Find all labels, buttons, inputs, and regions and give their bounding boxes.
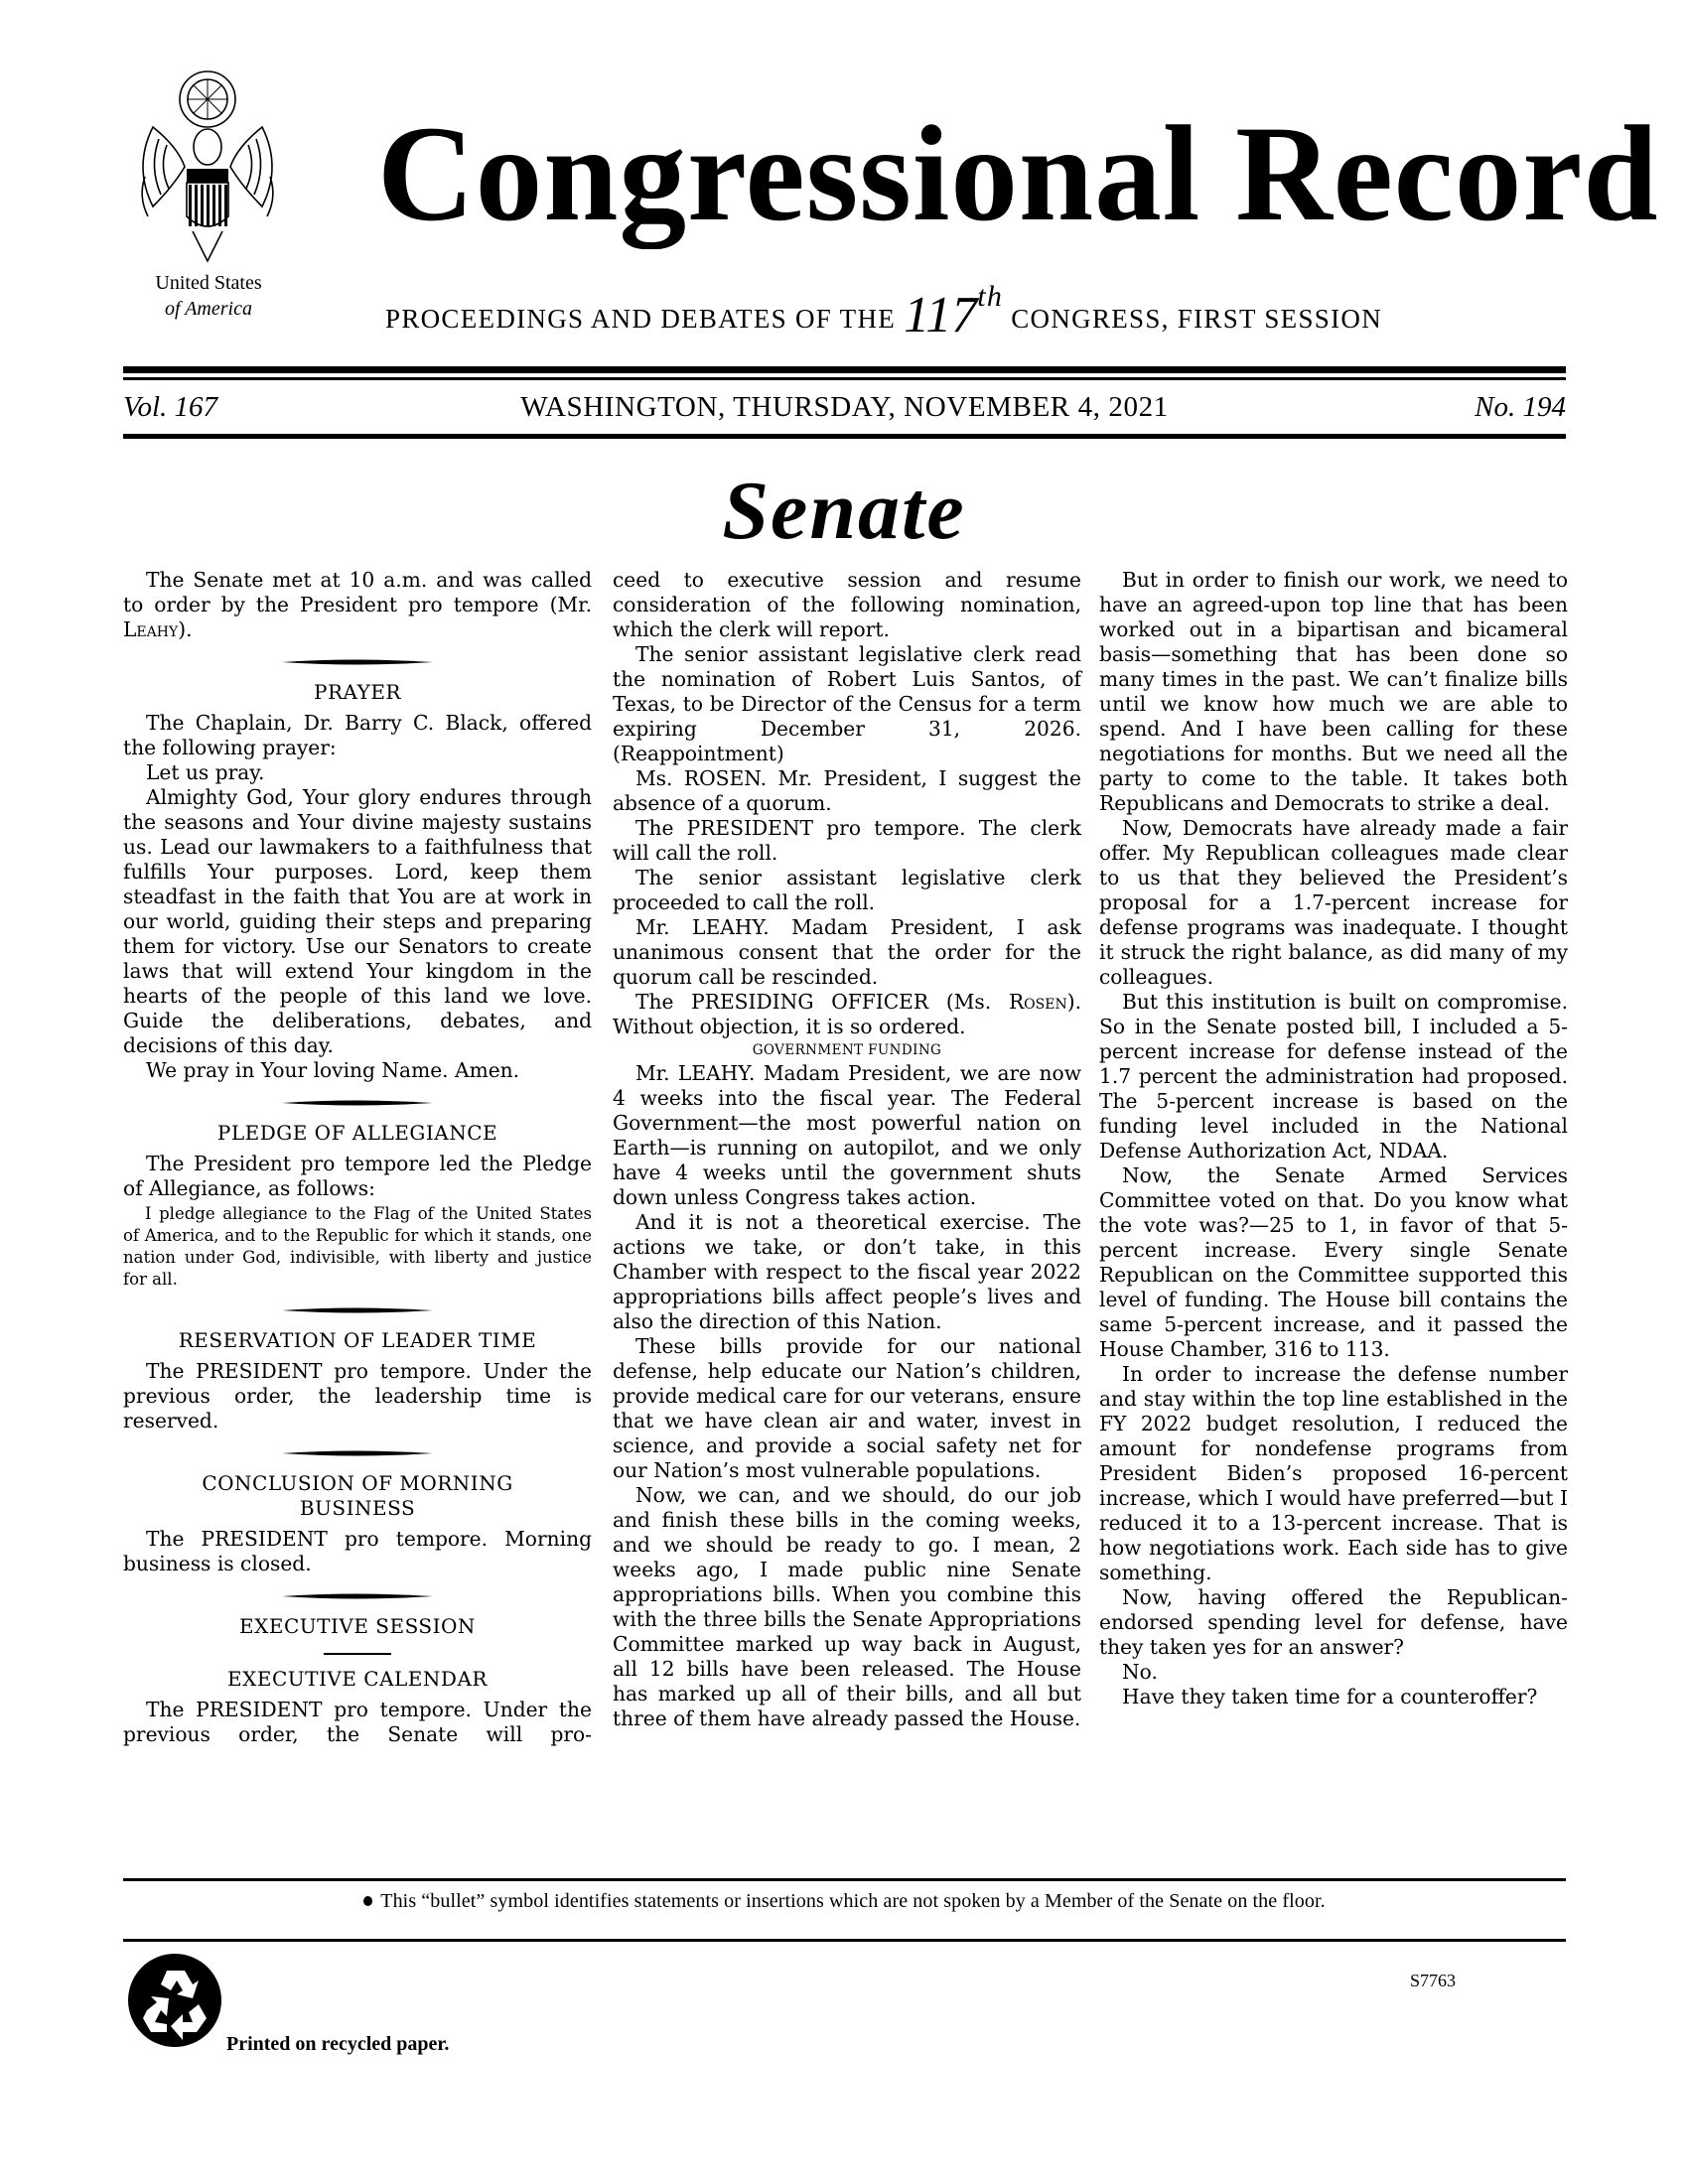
speech-paragraph: In order to increase the defense number … <box>1099 1362 1568 1585</box>
section-heading-pledge: PLEDGE OF ALLEGIANCE <box>123 1121 592 1146</box>
bullet-dot-icon <box>363 1896 372 1906</box>
great-seal-eagle-icon <box>123 58 292 266</box>
speech-paragraph: Now, having offered the Republican-endor… <box>1099 1585 1568 1660</box>
section-heading-executive-session: EXECUTIVE SESSION <box>123 1614 592 1639</box>
rosen-quorum: Ms. ROSEN. Mr. President, I suggest the … <box>613 766 1081 816</box>
seal-caption: United States of America <box>129 270 288 322</box>
prayer-let-us-pray: Let us pray. <box>123 760 592 785</box>
morning-business-text: The PRESIDENT pro tempore. Morning busin… <box>123 1527 592 1576</box>
subtitle-prefix: PROCEEDINGS AND DEBATES OF THE <box>385 304 904 334</box>
subheading-government-funding: GOVERNMENT FUNDING <box>613 1039 1081 1061</box>
leahy-rescind: Mr. LEAHY. Madam President, I ask unanim… <box>613 915 1081 990</box>
executive-calendar-text: The PRESIDENT pro tempore. Under the pre… <box>123 1698 592 1747</box>
bullet-footnote-text: This “bullet” symbol identifies statemen… <box>380 1890 1325 1912</box>
section-heading-leader-time: RESERVATION OF LEADER TIME <box>123 1328 592 1353</box>
congress-suffix: th <box>977 280 1003 313</box>
speech-paragraph: But this institution is built on comprom… <box>1099 990 1568 1163</box>
recycle-icon <box>127 1953 222 2048</box>
prayer-body: Almighty God, Your glory endures through… <box>123 785 592 1058</box>
section-ornament-rule <box>282 1306 433 1314</box>
pledge-intro: The President pro tempore led the Pledge… <box>123 1152 592 1201</box>
member-name: Leahy <box>123 617 178 641</box>
section-ornament-rule <box>282 1099 433 1107</box>
issue-number: No. 194 <box>1475 391 1566 424</box>
page-number: S7763 <box>1410 1971 1456 1991</box>
column-2: ceed to executive session and resume con… <box>613 568 1081 1731</box>
clerk-read-nomination: The senior assistant legislative clerk r… <box>613 642 1081 766</box>
column-3: But in order to finish our work, we need… <box>1099 568 1568 1709</box>
congress-number: 117 <box>904 287 977 343</box>
bullet-footnote: This “bullet” symbol identifies statemen… <box>123 1890 1566 1913</box>
dateline-bar: Vol. 167 WASHINGTON, THURSDAY, NOVEMBER … <box>123 391 1566 425</box>
section-ornament-rule <box>282 658 433 666</box>
prayer-close: We pray in Your loving Name. Amen. <box>123 1058 592 1083</box>
speech-paragraph: Now, the Senate Armed Services Committee… <box>1099 1163 1568 1362</box>
section-ornament-rule <box>282 1449 433 1457</box>
section-ornament-rule <box>282 1592 433 1600</box>
seal-caption-line1: United States <box>129 270 288 296</box>
section-heading-executive-calendar: EXECUTIVE CALENDAR <box>123 1667 592 1692</box>
masthead-title: Congressional Record <box>377 99 1545 248</box>
dateline-bottom-rule <box>123 434 1566 439</box>
leahy-speech-paragraph: Mr. LEAHY. Madam President, we are now 4… <box>613 1061 1081 1210</box>
section-heading-morning-business: CONCLUSION OF MORNING BUSINESS <box>123 1471 592 1521</box>
clerk-call-roll: The senior assistant legislative clerk p… <box>613 866 1081 915</box>
speech-paragraph: Now, Democrats have already made a fair … <box>1099 816 1568 990</box>
pledge-text: I pledge allegiance to the Flag of the U… <box>123 1203 592 1291</box>
chamber-title: Senate <box>0 463 1688 559</box>
pledge-text-block: I pledge allegiance to the Flag of the U… <box>123 1203 592 1291</box>
speech-paragraph: No. <box>1099 1660 1568 1685</box>
footer-bottom-rule <box>123 1939 1566 1942</box>
masthead-thick-rule <box>123 366 1566 373</box>
section-heading-prayer: PRAYER <box>123 680 592 705</box>
member-name: Rosen <box>1009 990 1067 1014</box>
short-divider-rule <box>324 1653 391 1655</box>
masthead-thin-rule <box>123 377 1566 380</box>
footer-top-rule <box>123 1878 1566 1881</box>
recycled-paper-note: Printed on recycled paper. <box>226 2033 449 2056</box>
subtitle-suffix: CONGRESS, FIRST SESSION <box>1003 304 1382 334</box>
presiding-officer-ruling: The PRESIDING OFFICER (Ms. Rosen). Witho… <box>613 990 1081 1039</box>
speech-paragraph: But in order to finish our work, we need… <box>1099 568 1568 816</box>
president-call-roll: The PRESIDENT pro tempore. The clerk wil… <box>613 816 1081 866</box>
issue-date: WASHINGTON, THURSDAY, NOVEMBER 4, 2021 <box>123 391 1566 424</box>
prayer-intro: The Chaplain, Dr. Barry C. Black, offere… <box>123 711 592 760</box>
leader-time-text: The PRESIDENT pro tempore. Under the pre… <box>123 1359 592 1433</box>
leahy-speech-paragraph: These bills provide for our national def… <box>613 1334 1081 1483</box>
opening-paragraph: The Senate met at 10 a.m. and was called… <box>123 568 592 642</box>
leahy-speech-paragraph: Now, we can, and we should, do our job a… <box>613 1483 1081 1731</box>
masthead-subtitle: PROCEEDINGS AND DEBATES OF THE 117th CON… <box>385 280 1567 344</box>
leahy-speech-paragraph: And it is not a theoretical exercise. Th… <box>613 1210 1081 1334</box>
seal-caption-line2: of America <box>129 296 288 322</box>
speech-paragraph: Have they taken time for a counteroffer? <box>1099 1685 1568 1709</box>
column-1: The Senate met at 10 a.m. and was called… <box>123 568 592 1747</box>
continuation-paragraph: ceed to executive session and resume con… <box>613 568 1081 642</box>
